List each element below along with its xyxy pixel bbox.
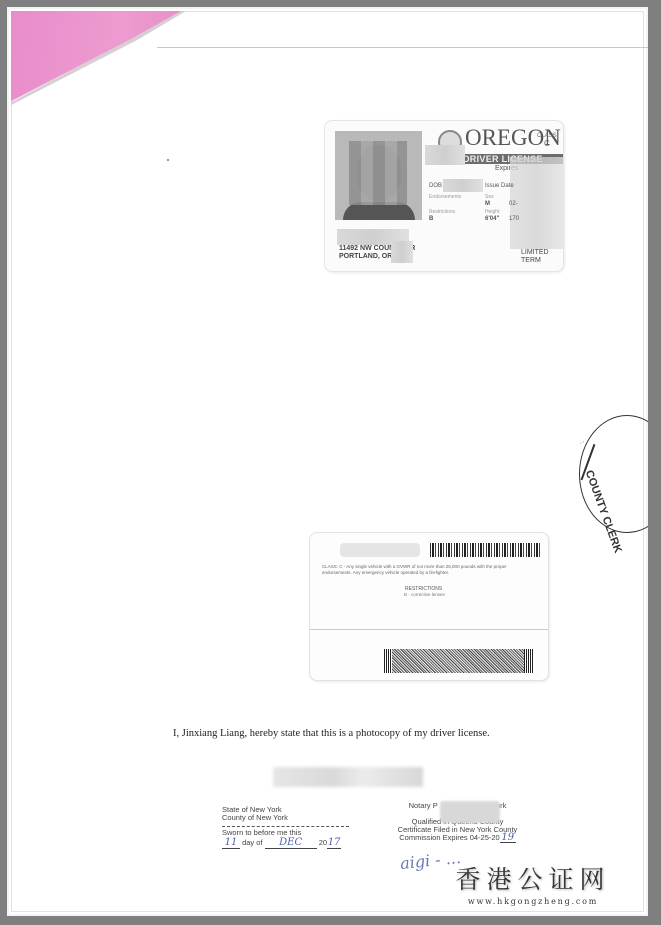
sworn-text: Sworn to before me this: [222, 828, 301, 837]
address-redaction: [391, 241, 413, 263]
endorsements-label: Endorsements: [429, 194, 461, 200]
class-description: CLASS: C - Any single vehicle with a GVW…: [322, 564, 537, 575]
dob-label: DOB: [429, 183, 442, 189]
document-page: OREGON CLASSC DRIVER LICENSE Expires DOB…: [7, 7, 648, 916]
watermark: 香港公证网 www.hkgongzheng.com: [443, 860, 623, 906]
notary-jurisdiction: State of New York County of New York: [222, 806, 288, 822]
card-divider: [310, 629, 548, 630]
height-label: Height: [485, 209, 499, 215]
notary-name-redaction: [440, 801, 500, 823]
watermark-url: www.hkgongzheng.com: [443, 897, 623, 906]
scan-edge-line: [157, 47, 648, 48]
signature-redaction: [273, 767, 423, 787]
license-class: CLASSC: [537, 133, 557, 149]
license-front: OREGON CLASSC DRIVER LICENSE Expires DOB…: [325, 121, 563, 271]
barcode: [430, 543, 540, 557]
sworn-date: 11 day of DEC 2017: [222, 837, 341, 849]
issue-date-label: Issue Date: [485, 183, 514, 189]
dashed-separator: [222, 826, 349, 827]
restrictions-value: B: [429, 216, 433, 222]
weight-value: 170: [509, 216, 519, 222]
redaction-block: [340, 543, 420, 557]
restrictions-detail: B - corrective lenses: [404, 592, 445, 597]
watermark-chinese: 香港公证网: [443, 860, 623, 896]
license-back: CLASS: C - Any single vehicle with a GVW…: [310, 533, 548, 680]
redaction-block: [443, 179, 483, 192]
scan-speck: [167, 159, 169, 161]
redaction-block: [425, 145, 465, 165]
sex-value: M: [485, 201, 490, 207]
sworn-day: 11: [225, 837, 238, 848]
license-photo-redacted: [335, 131, 422, 220]
expiry-partial: 02-: [509, 201, 518, 207]
pdf417-barcode: [384, 649, 534, 673]
sworn-month: DEC: [279, 837, 302, 848]
restrictions-label: Restrictions: [429, 209, 455, 215]
license-status: LIMITED TERM: [521, 249, 551, 265]
height-value: 6'04": [485, 216, 499, 222]
sworn-year: 17: [328, 837, 341, 848]
sex-label: Sex: [485, 194, 494, 200]
statement-text: I, Jinxiang Liang, hereby state that thi…: [173, 728, 490, 739]
